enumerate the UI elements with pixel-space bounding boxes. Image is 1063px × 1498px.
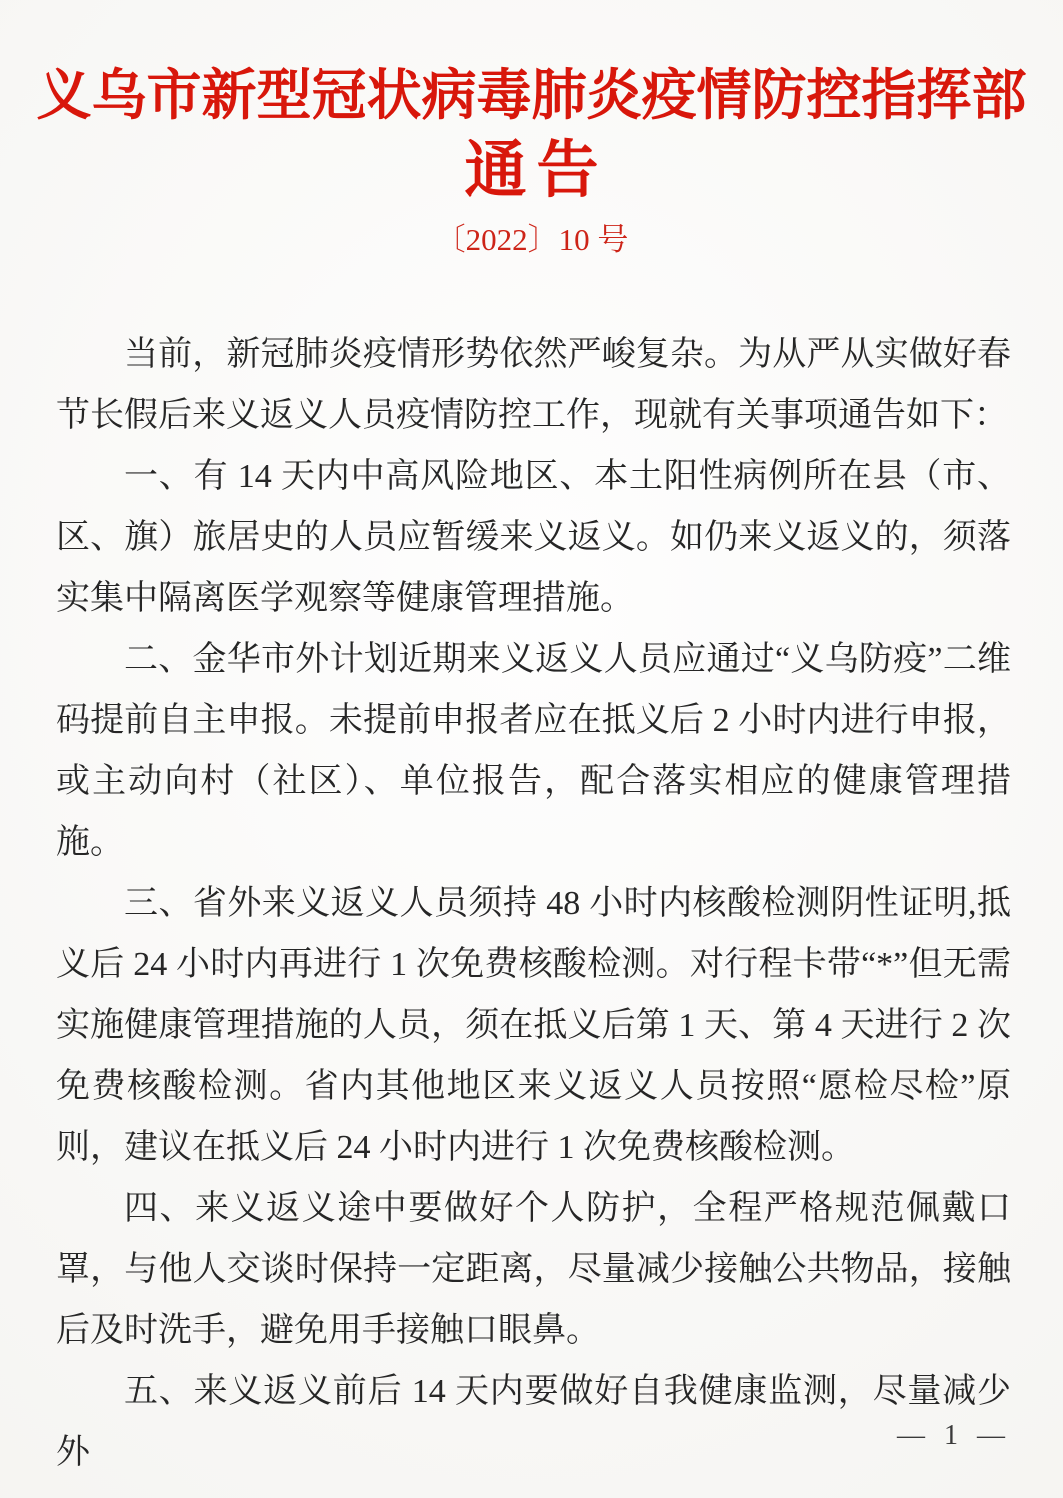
- document-number: 〔2022〕10 号: [0, 221, 1063, 258]
- paragraph-intro: 当前，新冠肺炎疫情形势依然严峻复杂。为从严从实做好春节长假后来义返义人员疫情防控…: [56, 324, 1011, 446]
- document-title: 义乌市新型冠状病毒肺炎疫情防控指挥部: [30, 64, 1033, 129]
- document-header: 义乌市新型冠状病毒肺炎疫情防控指挥部 通告 〔2022〕10 号: [0, 0, 1063, 258]
- paragraph-item-4: 四、来义返义途中要做好个人防护，全程严格规范佩戴口罩，与他人交谈时保持一定距离，…: [56, 1178, 1011, 1361]
- paragraph-item-1: 一、有 14 天内中高风险地区、本土阳性病例所在县（市、区、旗）旅居史的人员应暂…: [56, 446, 1011, 629]
- paragraph-item-3: 三、省外来义返义人员须持 48 小时内核酸检测阴性证明,抵义后 24 小时内再进…: [56, 873, 1011, 1178]
- page-number: — 1 —: [897, 1420, 1011, 1452]
- paragraph-item-5: 五、来义返义前后 14 天内要做好自我健康监测，尽量减少外: [56, 1361, 1011, 1483]
- paragraph-item-2: 二、金华市外计划近期来义返义人员应通过“义乌防疫”二维码提前自主申报。未提前申报…: [56, 629, 1011, 873]
- notice-title: 通告: [0, 137, 1063, 205]
- document-body: 当前，新冠肺炎疫情形势依然严峻复杂。为从严从实做好春节长假后来义返义人员疫情防控…: [56, 324, 1011, 1483]
- notice-document-page: 义乌市新型冠状病毒肺炎疫情防控指挥部 通告 〔2022〕10 号 当前，新冠肺炎…: [0, 0, 1063, 1498]
